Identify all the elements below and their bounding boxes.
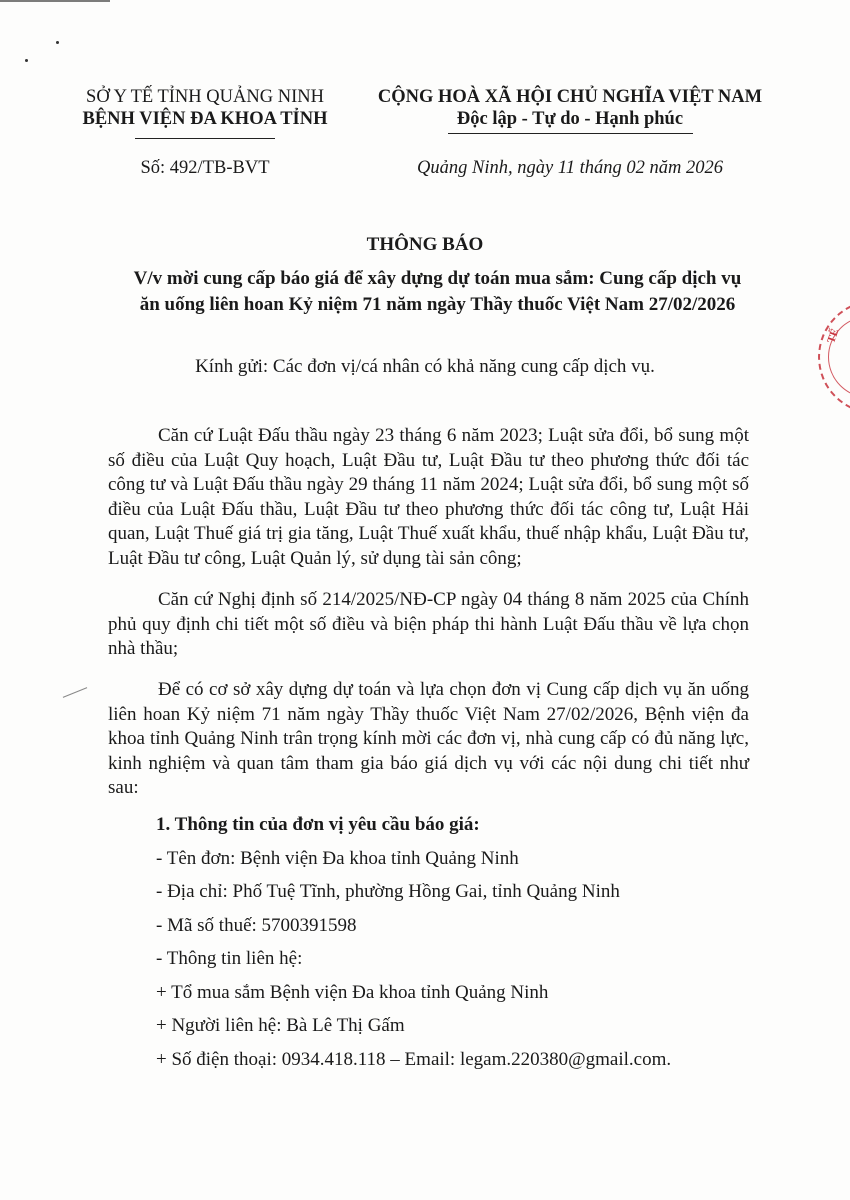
- legal-basis-paragraph: Căn cứ Luật Đấu thầu ngày 23 tháng 6 năm…: [108, 424, 749, 572]
- nation-name: CỘNG HOÀ XÃ HỘI CHỦ NGHĨA VIỆT NAM: [355, 86, 785, 108]
- decree-basis-paragraph: Căn cứ Nghị định số 214/2025/NĐ-CP ngày …: [108, 588, 749, 662]
- document-subject: V/v mời cung cấp báo giá để xây dựng dự …: [90, 266, 785, 318]
- scan-speck: [56, 41, 59, 44]
- agency-underline: [135, 138, 275, 139]
- place-date: Quảng Ninh, ngày 11 tháng 02 năm 2026: [355, 158, 785, 179]
- scan-speck: [25, 59, 28, 62]
- subject-line: ăn uống liên hoan Kỷ niệm 71 năm ngày Th…: [90, 292, 785, 318]
- info-item-procurement-team: + Tổ mua sắm Bệnh viện Đa khoa tỉnh Quản…: [156, 981, 671, 1015]
- info-item-name: - Tên đơn: Bệnh viện Đa khoa tỉnh Quảng …: [156, 847, 671, 881]
- section-heading: 1. Thông tin của đơn vị yêu cầu báo giá:: [156, 813, 671, 847]
- motto-underline: [448, 133, 693, 134]
- subject-line: V/v mời cung cấp báo giá để xây dựng dự …: [90, 266, 785, 292]
- scan-edge-mark: [0, 0, 110, 2]
- parent-agency: SỞ Y TẾ TỈNH QUẢNG NINH: [60, 86, 350, 108]
- requester-info-section: 1. Thông tin của đơn vị yêu cầu báo giá:…: [156, 813, 671, 1081]
- pen-mark: [63, 687, 87, 698]
- document-number: Số: 492/TB-BVT: [60, 158, 350, 179]
- info-item-tax-code: - Mã số thuế: 5700391598: [156, 914, 671, 948]
- issuing-agency-block: SỞ Y TẾ TỈNH QUẢNG NINH BỆNH VIỆN ĐA KHO…: [60, 86, 350, 139]
- national-heading-block: CỘNG HOÀ XÃ HỘI CHỦ NGHĨA VIỆT NAM Độc l…: [355, 86, 785, 134]
- info-item-contact-person: + Người liên hệ: Bà Lê Thị Gấm: [156, 1014, 671, 1048]
- info-item-contact-heading: - Thông tin liên hệ:: [156, 947, 671, 981]
- info-item-address: - Địa chỉ: Phố Tuệ Tĩnh, phường Hồng Gai…: [156, 880, 671, 914]
- document-title: THÔNG BÁO: [0, 234, 850, 256]
- info-item-phone-email: + Số điện thoại: 0934.418.118 – Email: l…: [156, 1048, 671, 1082]
- motto: Độc lập - Tự do - Hạnh phúc: [355, 108, 785, 130]
- agency-name: BỆNH VIỆN ĐA KHOA TỈNH: [60, 108, 350, 130]
- recipient-line: Kính gửi: Các đơn vị/cá nhân có khả năng…: [0, 356, 850, 378]
- invitation-paragraph: Để có cơ sở xây dựng dự toán và lựa chọn…: [108, 678, 749, 801]
